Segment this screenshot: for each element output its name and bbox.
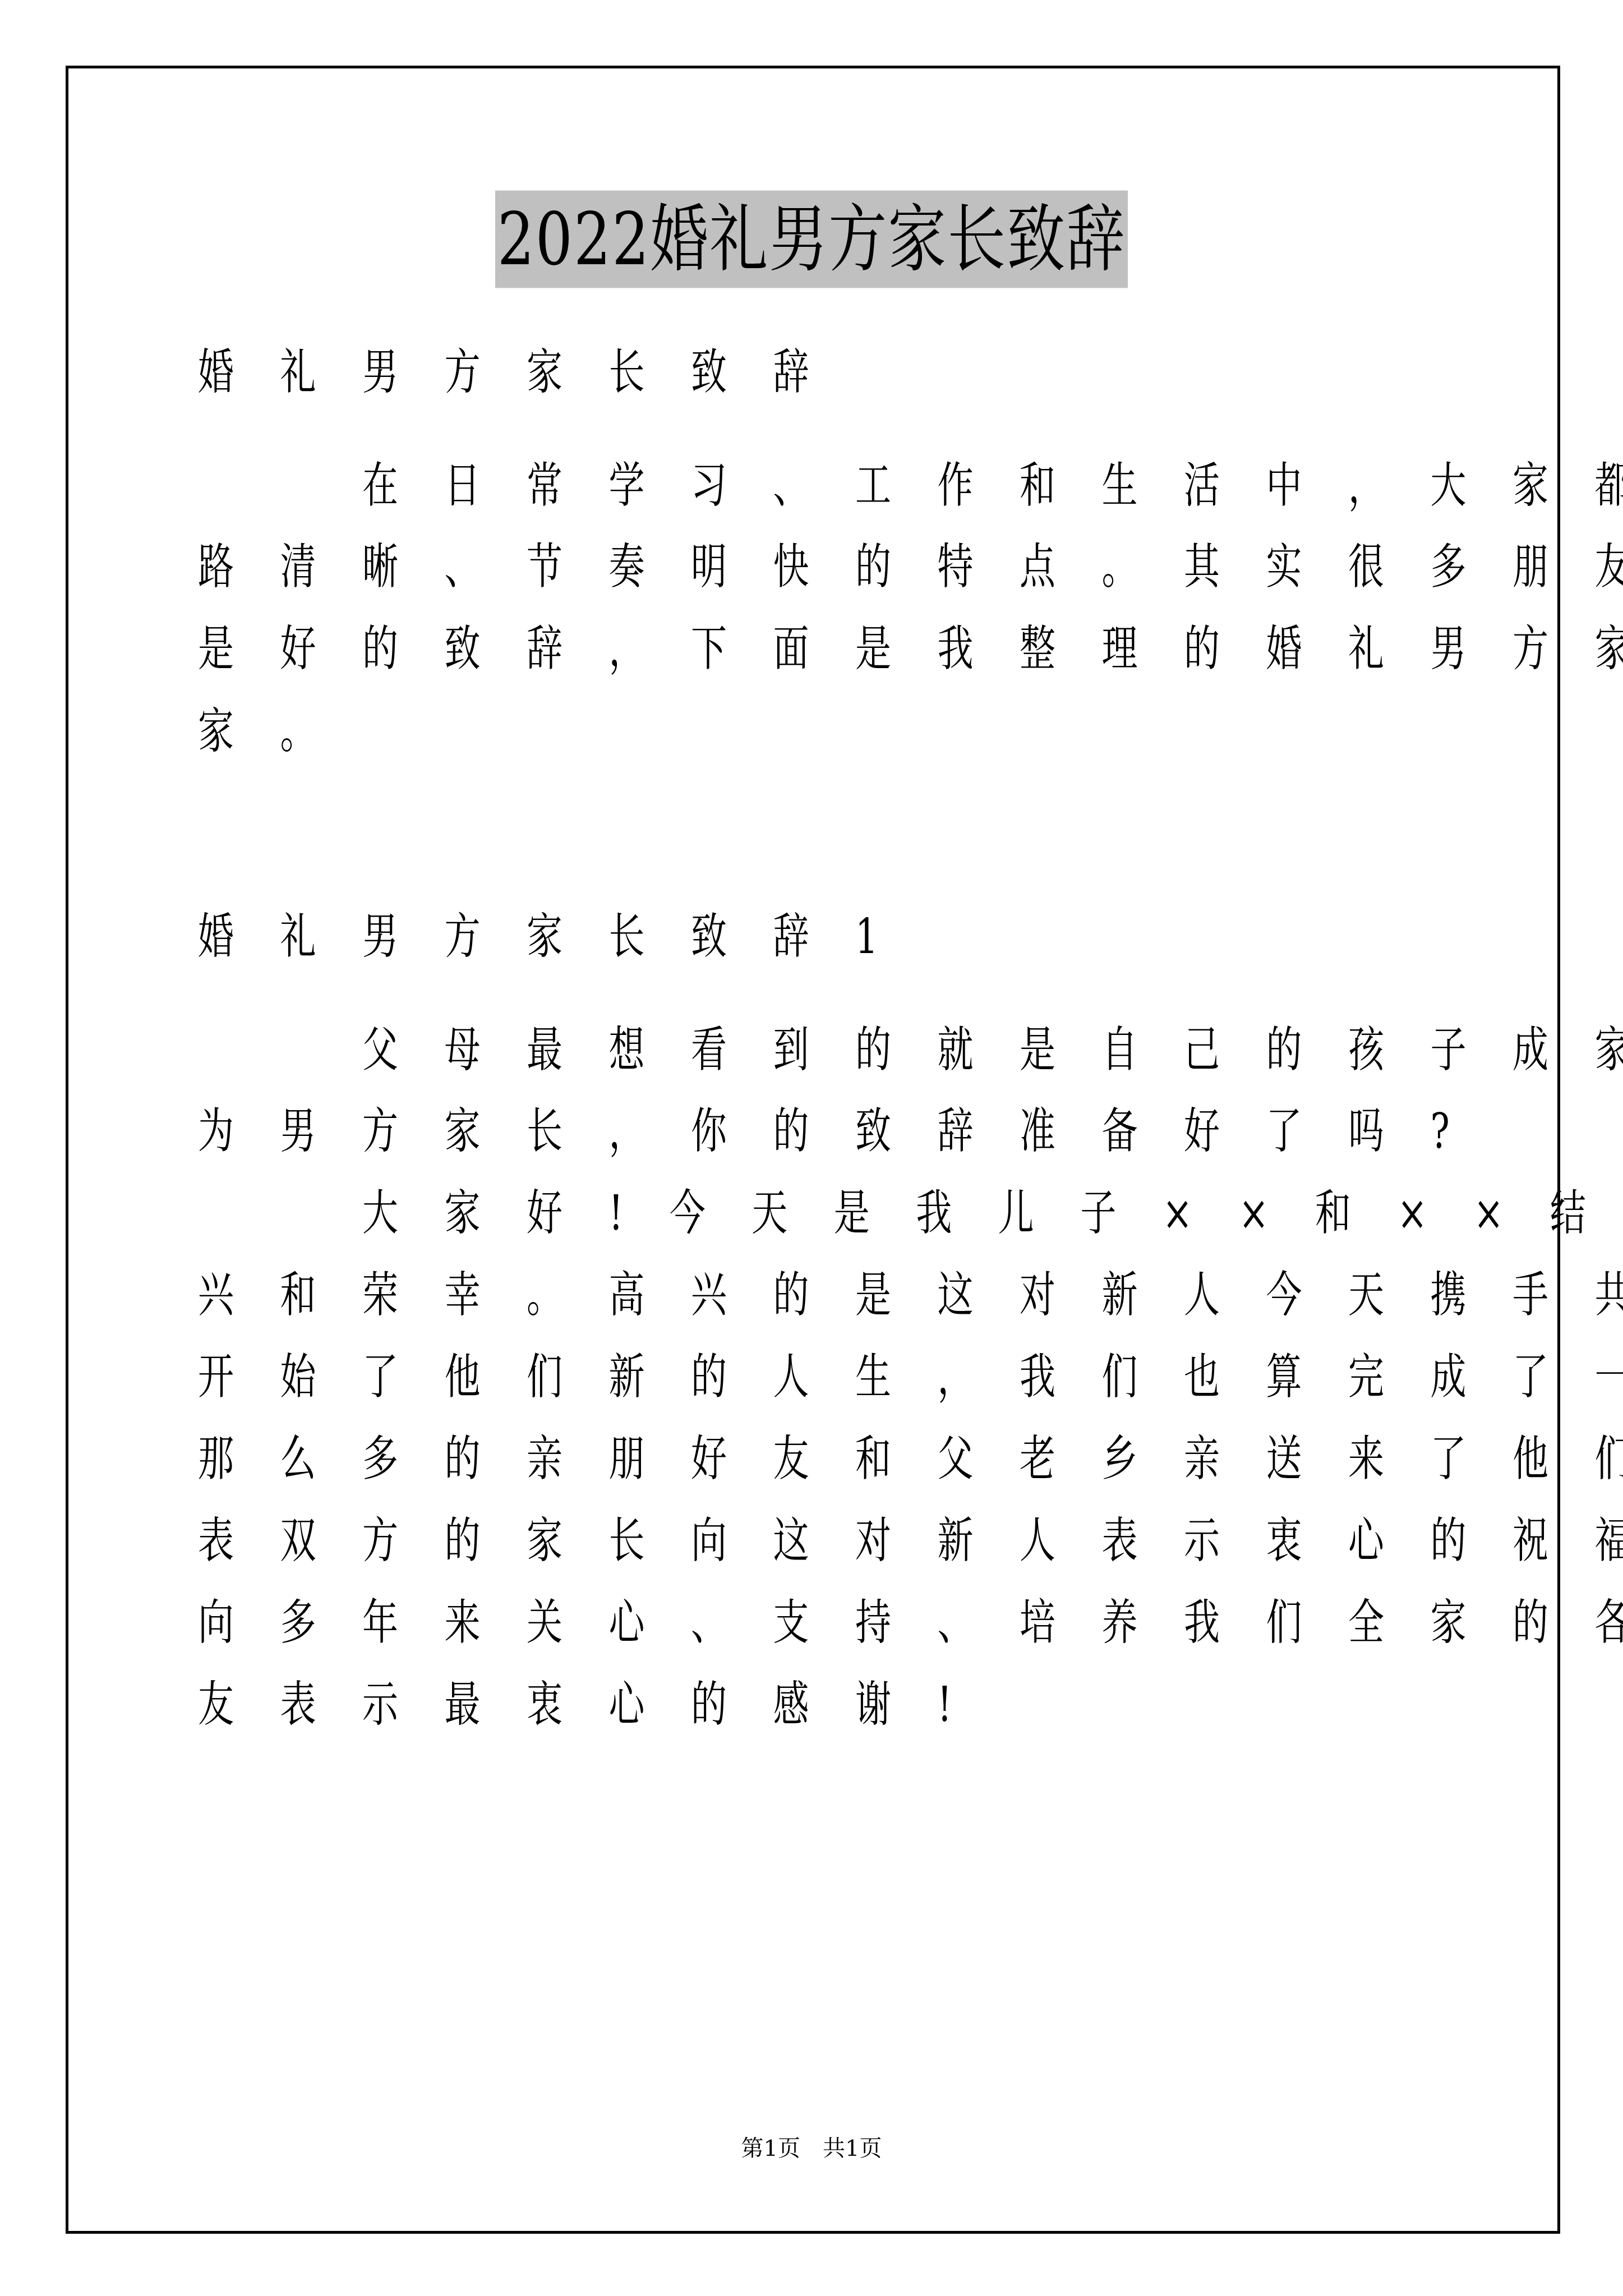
paragraph-line: 家。 [198, 702, 362, 762]
paragraph-line: 兴和荣幸。高兴的是这对新人今天携手共同走进了他们婚礼的殿堂， [198, 1266, 1623, 1326]
paragraph-line: 向多年来关心、支持、培养我们全家的各位领导、各位同事、各位朋 [198, 1593, 1623, 1654]
page-footer: 第1页 共1页 [0, 2134, 1623, 2162]
paragraph-line: 是好的致辞，下面是我整理的婚礼男方家长致辞，希望能够帮助到大 [198, 619, 1623, 680]
paragraph-line: 在日常学习、工作和生活中，大家都用到过致辞吧，致辞具有思 [198, 456, 1623, 517]
paragraph-line: 父母最想看到的就是自己的孩子成家立业，在儿子结婚之际，作 [198, 1020, 1623, 1081]
paragraph-line: 为男方家长，你的致辞准备好了吗? [198, 1102, 1496, 1162]
document-title: 2022婚礼男方家长致辞 [495, 191, 1128, 288]
section-heading: 婚礼男方家长致辞 [198, 343, 855, 403]
paragraph-line: 那么多的亲朋好友和父老乡亲送来了他们真挚的祝福。在此，我仅代 [198, 1429, 1623, 1490]
paragraph-line: 开始了他们新的人生，我们也算完成了一个光荣的任务。荣欣的是有 [198, 1347, 1623, 1408]
document-title-block: 2022婚礼男方家长致辞 [0, 200, 1623, 278]
paragraph-line: 大家好!今天是我儿子××和××结婚的大喜日子,我感到非常高 [198, 1184, 1623, 1244]
paragraph-line: 表双方的家长向这对新人表示衷心的祝福，同时，我也借这个机会， [198, 1511, 1623, 1572]
paragraph-line: 路清晰、节奏明快的特点。其实很多朋友都不太清楚什么样的致辞才 [198, 537, 1623, 598]
paragraph-line: 友表示最衷心的感谢! [198, 1675, 998, 1736]
section-heading: 婚礼男方家长致辞1 [198, 907, 924, 968]
